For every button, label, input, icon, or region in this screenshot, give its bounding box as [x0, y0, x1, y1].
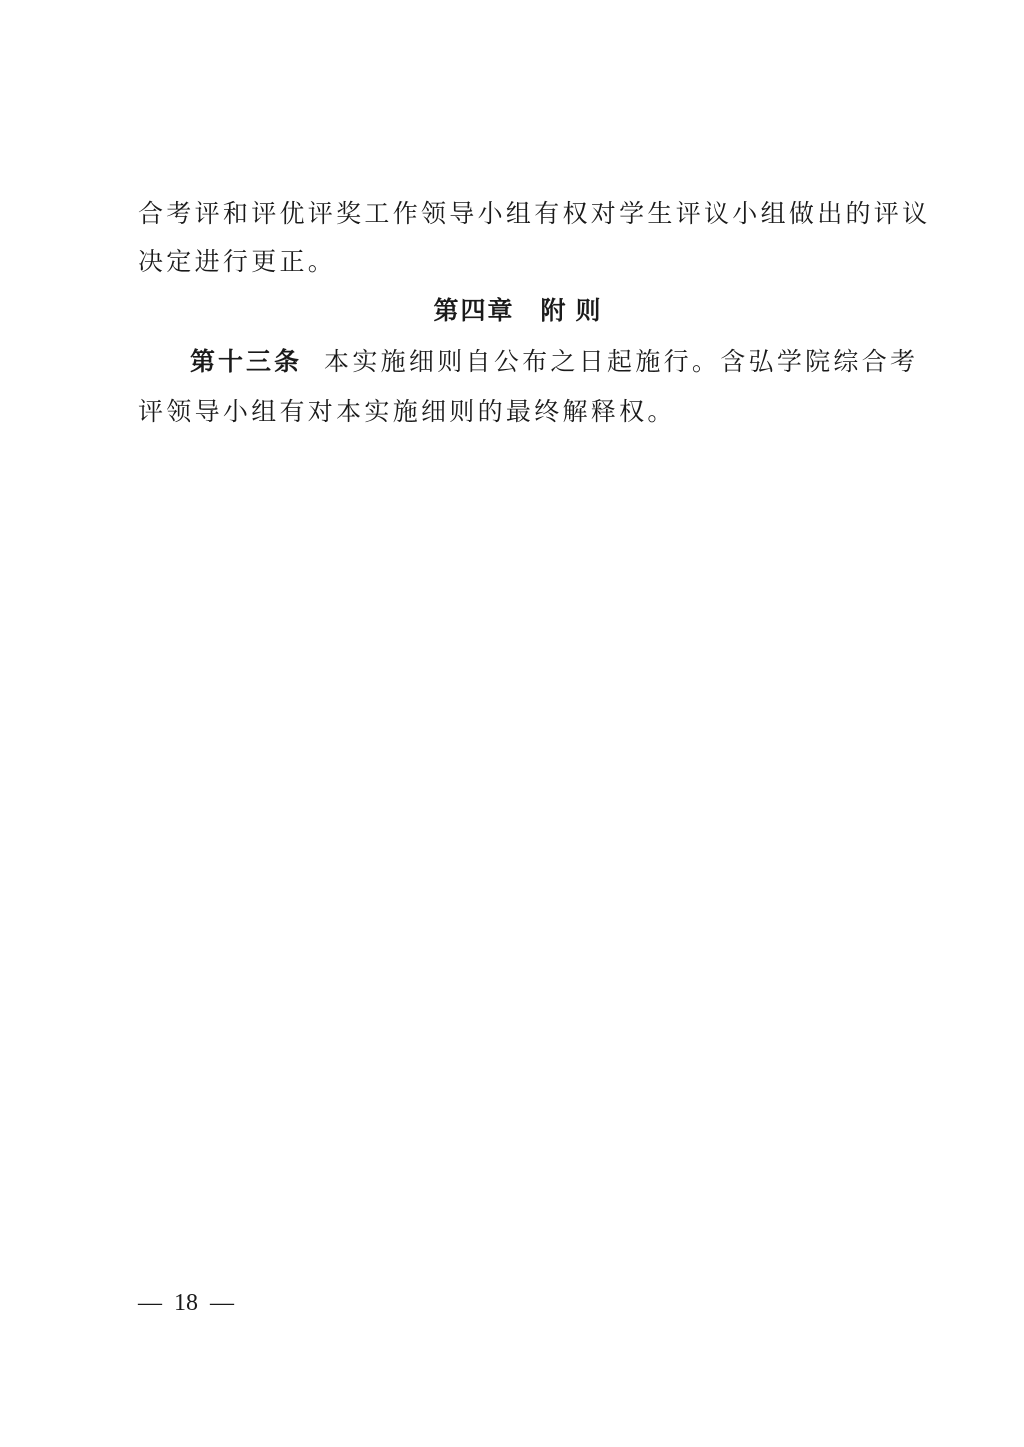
dash-right: —: [210, 1288, 234, 1318]
article-paragraph: 第十三条本实施细则自公布之日起施行。含弘学院综合考: [138, 346, 898, 378]
document-page: 合考评和评优评奖工作领导小组有权对学生评议小组做出的评议 决定进行更正。 第四章…: [0, 0, 1024, 1447]
page-number: —18—: [138, 1288, 234, 1318]
chapter-title-part: 则: [576, 296, 603, 325]
body-text-line: 合考评和评优评奖工作领导小组有权对学生评议小组做出的评议: [138, 198, 898, 230]
body-text-line: 决定进行更正。: [138, 246, 898, 278]
body-text-line: 评领导小组有对本实施细则的最终解释权。: [138, 396, 898, 428]
article-label: 第十三条: [190, 347, 302, 376]
chapter-heading: 第四章附则: [138, 295, 898, 327]
page-number-value: 18: [174, 1288, 198, 1318]
article-text: 本实施细则自公布之日起施行。含弘学院综合考: [324, 347, 918, 376]
chapter-title-part: 附: [540, 296, 567, 325]
chapter-number: 第四章: [433, 296, 514, 325]
dash-left: —: [138, 1288, 162, 1318]
